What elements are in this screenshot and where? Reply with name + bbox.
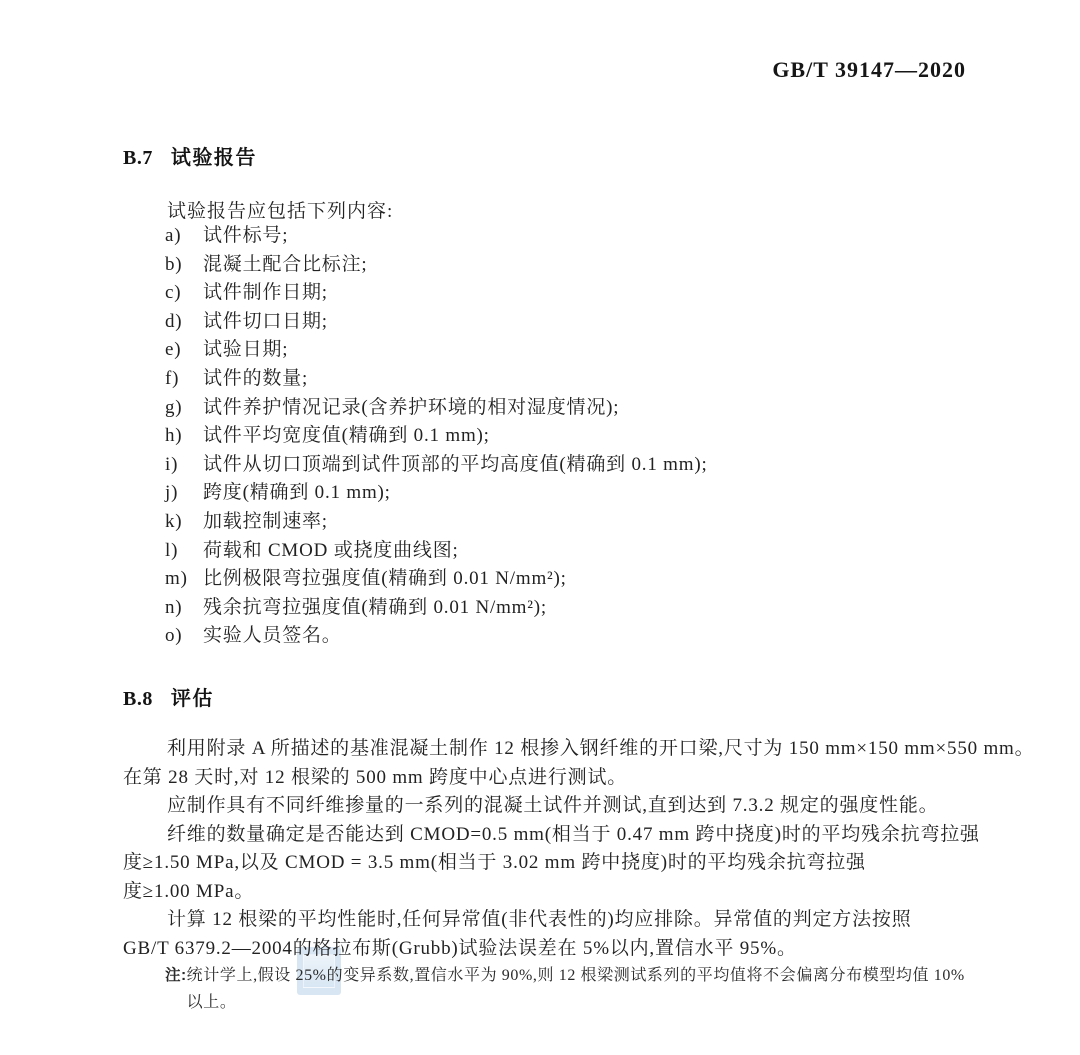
body-line: 应制作具有不同纤维掺量的一系列的混凝土试件并测试,直到达到 7.3.2 规定的强… (123, 792, 967, 821)
body-line: 利用附录 A 所描述的基准混凝土制作 12 根掺入钢纤维的开口梁,尺寸为 150… (123, 735, 967, 764)
list-item: h) 试件平均宽度值(精确到 0.1 mm); (165, 422, 965, 451)
body-line: 度≥1.50 MPa,以及 CMOD = 3.5 mm(相当于 3.02 mm … (123, 849, 967, 878)
list-item: f) 试件的数量; (165, 365, 965, 394)
list-item-label: f) (165, 365, 203, 394)
list-item: i) 试件从切口顶端到试件顶部的平均高度值(精确到 0.1 mm); (165, 451, 965, 480)
list-item: d) 试件切口日期; (165, 308, 965, 337)
list-item: c) 试件制作日期; (165, 279, 965, 308)
list-item-label: o) (165, 622, 203, 651)
list-item-text: 试件平均宽度值(精确到 0.1 mm); (203, 422, 490, 451)
body-line: 度≥1.00 MPa。 (123, 878, 967, 907)
list-item: o) 实验人员签名。 (165, 622, 965, 651)
note-label: 注: (165, 963, 187, 1016)
document-page: GB/T 39147—2020 B.7试验报告 试验报告应包括下列内容: a) … (0, 0, 1080, 1055)
list-item-text: 跨度(精确到 0.1 mm); (203, 479, 391, 508)
list-item-text: 实验人员签名。 (203, 622, 342, 651)
note-line: 统计学上,假设 25%的变异系数,置信水平为 90%,则 12 根梁测试系列的平… (187, 963, 970, 990)
body-line: 纤维的数量确定是否能达到 CMOD=0.5 mm(相当于 0.47 mm 跨中挠… (123, 821, 967, 850)
section-b8-heading: B.8评估 (123, 682, 214, 711)
note-lines: 统计学上,假设 25%的变异系数,置信水平为 90%,则 12 根梁测试系列的平… (187, 963, 970, 1016)
list-item: k) 加载控制速率; (165, 508, 965, 537)
standard-number: GB/T 39147—2020 (772, 57, 966, 83)
list-item-text: 试件切口日期; (203, 308, 328, 337)
list-item: b) 混凝土配合比标注; (165, 251, 965, 280)
list-item-label: e) (165, 336, 203, 365)
list-item-text: 荷载和 CMOD 或挠度曲线图; (203, 537, 459, 566)
report-items-list: a) 试件标号; b) 混凝土配合比标注; c) 试件制作日期; d) 试件切口… (165, 222, 965, 651)
section-b7-heading: B.7试验报告 (123, 141, 257, 170)
list-item-text: 混凝土配合比标注; (203, 251, 367, 280)
list-item-label: l) (165, 537, 203, 566)
list-item: n) 残余抗弯拉强度值(精确到 0.01 N/mm²); (165, 594, 965, 623)
list-item-text: 试件从切口顶端到试件顶部的平均高度值(精确到 0.1 mm); (203, 451, 708, 480)
section-b7-number: B.7 (123, 147, 153, 169)
list-item-text: 比例极限弯拉强度值(精确到 0.01 N/mm²); (203, 565, 567, 594)
list-item-label: n) (165, 594, 203, 623)
section-b8-title: 评估 (171, 688, 214, 710)
list-item-text: 试件标号; (203, 222, 288, 251)
list-item-text: 试件养护情况记录(含养护环境的相对湿度情况); (203, 394, 619, 423)
list-item-label: m) (165, 565, 203, 594)
list-item-label: h) (165, 422, 203, 451)
list-item: a) 试件标号; (165, 222, 965, 251)
list-item-label: i) (165, 451, 203, 480)
list-item: j) 跨度(精确到 0.1 mm); (165, 479, 965, 508)
note: 注: 统计学上,假设 25%的变异系数,置信水平为 90%,则 12 根梁测试系… (165, 963, 970, 1016)
list-item: m) 比例极限弯拉强度值(精确到 0.01 N/mm²); (165, 565, 965, 594)
list-item-label: d) (165, 308, 203, 337)
list-item: g) 试件养护情况记录(含养护环境的相对湿度情况); (165, 394, 965, 423)
list-item-text: 试件制作日期; (203, 279, 328, 308)
body-line: 计算 12 根梁的平均性能时,任何异常值(非代表性的)均应排除。异常值的判定方法… (123, 906, 967, 935)
list-item: l) 荷载和 CMOD 或挠度曲线图; (165, 537, 965, 566)
list-item-text: 加载控制速率; (203, 508, 328, 537)
list-item-text: 残余抗弯拉强度值(精确到 0.01 N/mm²); (203, 594, 547, 623)
list-item-label: a) (165, 222, 203, 251)
list-item-label: j) (165, 479, 203, 508)
list-item: e) 试验日期; (165, 336, 965, 365)
list-item-text: 试件的数量; (203, 365, 308, 394)
section-b7-title: 试验报告 (171, 147, 257, 169)
report-intro-line: 试验报告应包括下列内容: (167, 196, 393, 223)
list-item-label: k) (165, 508, 203, 537)
evaluation-body: 利用附录 A 所描述的基准混凝土制作 12 根掺入钢纤维的开口梁,尺寸为 150… (123, 735, 967, 963)
body-line: 在第 28 天时,对 12 根梁的 500 mm 跨度中心点进行测试。 (123, 764, 967, 793)
list-item-label: b) (165, 251, 203, 280)
body-line: GB/T 6379.2—2004的格拉布斯(Grubb)试验法误差在 5%以内,… (123, 935, 967, 964)
list-item-label: c) (165, 279, 203, 308)
list-item-text: 试验日期; (203, 336, 288, 365)
list-item-label: g) (165, 394, 203, 423)
note-line: 以上。 (187, 990, 970, 1017)
section-b8-number: B.8 (123, 688, 153, 710)
